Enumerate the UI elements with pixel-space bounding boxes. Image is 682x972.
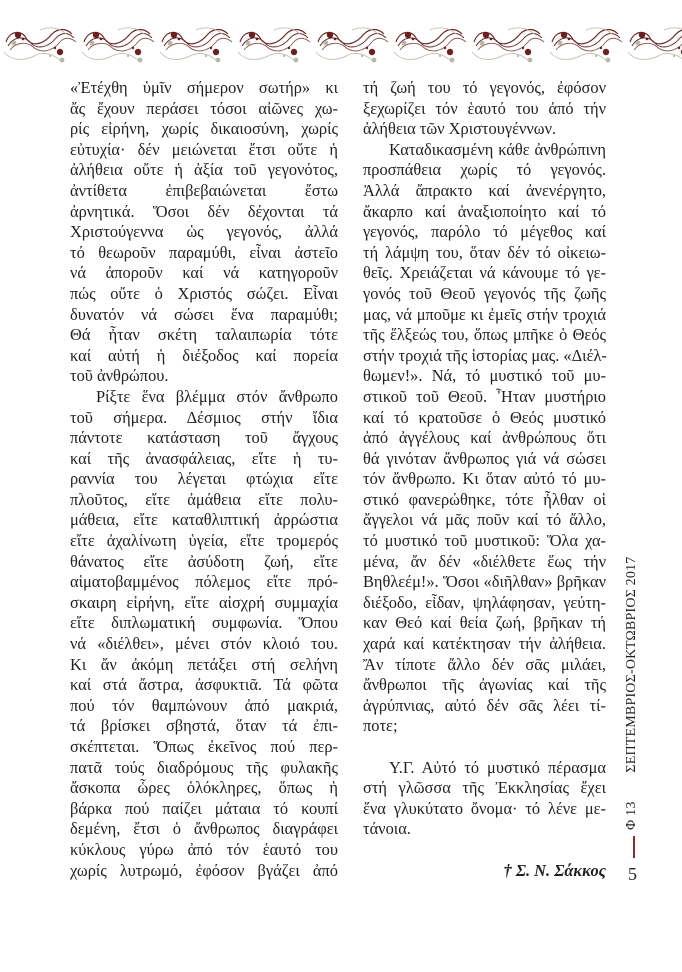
text-line: Ἀλλά ἄπρακτο καί ἀνενέργητο,: [363, 181, 606, 202]
text-line: ρίς εἰρήνη, χωρίς δικαιοσύνη, χωρίς: [70, 119, 338, 140]
text-line: κύκλους γύρω ἀπό τόν ἑαυτό του: [70, 840, 338, 861]
text-line: στή γλῶσσα τῆς Ἐκκλησίας ἔχει: [363, 778, 606, 799]
text-line: καί στά ἄστρα, ἀσφυκτιᾶ. Τά φῶτα: [70, 675, 338, 696]
text-line: ἄς ἔχουν περάσει τόσοι αἰῶνες χω-: [70, 99, 338, 120]
text-line: θωμεν!». Νά, τό μυστικό τοῦ μυ-: [363, 366, 606, 387]
text-line: καί τῆς ἀνασφάλειας, εἴτε ἡ τυ-: [70, 449, 338, 470]
text-line: τόν ἄνθρωπο. Κι ὅταν αὐτό τό μυ-: [363, 469, 606, 490]
author-signature: † Σ. Ν. Σάκκος: [363, 861, 606, 882]
text-line: καν Θεό καί θεία ζωή, βρῆκαν τή: [363, 613, 606, 634]
divider-rule: [633, 836, 635, 858]
text-line: ἀλήθεια οὔτε ἡ ἀξία τοῦ γεγονότος,: [70, 160, 338, 181]
text-line: δυνατόν νά σώσει ἕνα παραμύθι;: [70, 305, 338, 326]
text-line: γεγονός, παρόλο τό μέγεθος καί: [363, 222, 606, 243]
text-line: Κι ἄν ἀκόμη πετάξει στή σελήνη: [70, 655, 338, 676]
text-line: ραννία του λέγεται φτώχια εἴτε: [70, 469, 338, 490]
text-line: πατᾶ τούς διαδρόμους τῆς φυλακῆς: [70, 758, 338, 779]
text-line: στήν τροχιά τῆς ἱστορίας μας. «Διέλ-: [363, 346, 606, 367]
text-line: ἀλήθεια τῶν Χριστουγέννων.: [363, 119, 606, 140]
text-line: τό θεωροῦν παραμύθι, εἶναι ἀστεῖο: [70, 243, 338, 264]
text-line: ἀγρύπνιας, αὐτό δέν σᾶς λέει τί-: [363, 696, 606, 717]
text-line: προσπάθεια χωρίς τό γεγονός.: [363, 160, 606, 181]
text-line: τά βρίσκει σβηστά, ὅταν τά ἐπι-: [70, 716, 338, 737]
text-line: μας, νά μποῦμε κι ἐμεῖς στήν τροχιά: [363, 305, 606, 326]
text-line: τάνοια.: [363, 819, 606, 840]
text-line: πού τόν θαμπώνουν ἀπό μακριά,: [70, 696, 338, 717]
blank-line: [363, 840, 606, 861]
text-line: καί τό κρατοῦσε ὁ Θεός μυστικό: [363, 408, 606, 429]
text-line: θεῖς. Χρειάζεται νά κάνουμε τό γε-: [363, 263, 606, 284]
text-line: νά ἀποροῦν καί νά κατηγοροῦν: [70, 263, 338, 284]
left-text-column: «Ἐτέχθη ὑμῖν σήμερον σωτήρ» κιἄς ἔχουν π…: [70, 78, 338, 881]
text-line: ἕνα γλυκύτατο ὄνομα· τό λένε με-: [363, 799, 606, 820]
text-line: ἀρνητικά. Ὅσοι δέν δέχονται τά: [70, 202, 338, 223]
text-line: εἴτε ἀχαλίνωτη ὑγεία, εἴτε τρομερός: [70, 531, 338, 552]
text-line: πάντοτε κατάσταση τοῦ ἄγχους: [70, 428, 338, 449]
text-line: πλοῦτος, εἴτε ἀμάθεια εἴτε πολυ-: [70, 490, 338, 511]
text-line: ἄνθρωποι τῆς ἀγωνίας καί τῆς: [363, 675, 606, 696]
text-line: θάνατος εἴτε ἀσύδοτη ζωή, εἴτε: [70, 552, 338, 573]
text-line: γονός τοῦ Θεοῦ γεγονός τῆς ζωῆς: [363, 284, 606, 305]
text-line: «Ἐτέχθη ὑμῖν σήμερον σωτήρ» κι: [70, 78, 338, 99]
text-line: Καταδικασμένη κάθε ἀνθρώπινη: [363, 140, 606, 161]
issue-date: ΣΕΠΤΕΜΒΡΙΟΣ-ΟΚΤΩΒΡΙΟΣ 2017: [624, 557, 639, 773]
text-line: Βηθλεέμ!». Ὅσοι «διῆλθαν» βρῆκαν: [363, 572, 606, 593]
page-footer-sidebar: Φ 13 ΣΕΠΤΕΜΒΡΙΟΣ-ΟΚΤΩΒΡΙΟΣ 2017 5: [624, 600, 654, 900]
text-line: Υ.Γ. Αὐτό τό μυστικό πέρασμα: [363, 758, 606, 779]
text-line: σκέπτεται. Ὅπως ἐκεῖνος πού περ-: [70, 737, 338, 758]
blank-line: [363, 737, 606, 758]
issue-number: Φ 13: [624, 801, 639, 830]
text-line: τοῦ ἀνθρώπου.: [70, 366, 338, 387]
text-line: δεμένη, ἔτσι ὁ ἄνθρωπος διαγράφει: [70, 819, 338, 840]
text-line: στικό φανερώθηκε, τότε ἦλθαν οἱ: [363, 490, 606, 511]
text-line: τή λάμψη του, ὅταν δέν τό οἰκειω-: [363, 243, 606, 264]
text-line: τό μυστικό τοῦ μυστικοῦ: Ὅλα χα-: [363, 531, 606, 552]
text-line: τή ζωή του τό γεγονός, ἐφόσον: [363, 78, 606, 99]
text-line: χωρίς λυτρωμό, ἐφόσον βγάζει ἀπό: [70, 861, 338, 882]
issue-info-vertical: Φ 13 ΣΕΠΤΕΜΒΡΙΟΣ-ΟΚΤΩΒΡΙΟΣ 2017: [624, 600, 654, 830]
text-line: ἄγγελοι νά μᾶς ποῦν καί τό ἄλλο,: [363, 510, 606, 531]
text-line: εὐτυχία· δέν μειώνεται ἔτσι οὔτε ἡ: [70, 140, 338, 161]
text-line: Ἄν τίποτε ἄλλο δέν σᾶς μιλάει,: [363, 655, 606, 676]
text-line: στικοῦ τοῦ Θεοῦ. Ἦταν μυστήριο: [363, 387, 606, 408]
text-line: ξεχωρίζει τόν ἑαυτό του ἀπό τήν: [363, 99, 606, 120]
text-line: αἱματοβαμμένος πόλεμος εἴτε πρό-: [70, 572, 338, 593]
text-line: σκαιρη εἰρήνη, εἴτε αἰσχρή συμμαχία: [70, 593, 338, 614]
text-line: εἴτε διπλωματική συμφωνία. Ὅπου: [70, 613, 338, 634]
text-line: ἀντίθετα ἐπιβεβαιώνεται ἔστω: [70, 181, 338, 202]
text-line: μένα, ἄν δέν «διέλθετε ἕως τήν: [363, 552, 606, 573]
text-line: ποτε;: [363, 716, 606, 737]
text-line: Θά ἦταν σκέτη ταλαιπωρία τότε: [70, 325, 338, 346]
text-line: τῆς ἕλξεώς του, ὅπως μπῆκε ὁ Θεός: [363, 325, 606, 346]
text-line: Ρίξτε ἕνα βλέμμα στόν ἄνθρωπο: [70, 387, 338, 408]
text-line: βάρκα πού παίζει μάταια τό κουπί: [70, 799, 338, 820]
text-line: νά «διέλθει», μένει στόν κλοιό του.: [70, 634, 338, 655]
right-text-column: τή ζωή του τό γεγονός, ἐφόσονξεχωρίζει τ…: [363, 78, 606, 881]
page-number: 5: [628, 864, 637, 885]
text-line: πώς οὔτε ὁ Χριστός σώζει. Εἶναι: [70, 284, 338, 305]
text-line: διέξοδο, εἶδαν, ψηλάφησαν, γεύτη-: [363, 593, 606, 614]
text-line: τοῦ σήμερα. Δέσμιος στήν ἴδια: [70, 408, 338, 429]
text-line: ἀπό ἀγγέλους καί ἀνθρώπους ὅτι: [363, 428, 606, 449]
text-line: χαρά καί κατέκτησαν τήν ἀλήθεια.: [363, 634, 606, 655]
text-line: θά γινόταν ἄνθρωπος γιά νά σώσει: [363, 449, 606, 470]
text-line: μάθεια, εἴτε καταθλιπτική ἀρρώστια: [70, 510, 338, 531]
text-line: καί αὐτή ἡ διέξοδος καί πορεία: [70, 346, 338, 367]
text-line: ἄκαρπο καί ἀναξιοποίητο καί τό: [363, 202, 606, 223]
swirl-ornament-border: [0, 22, 682, 68]
text-line: Χριστούγεννα ὡς γεγονός, ἀλλά: [70, 222, 338, 243]
text-line: ἄσκοπα ὧρες ὁλόκληρες, ὅπως ἡ: [70, 778, 338, 799]
